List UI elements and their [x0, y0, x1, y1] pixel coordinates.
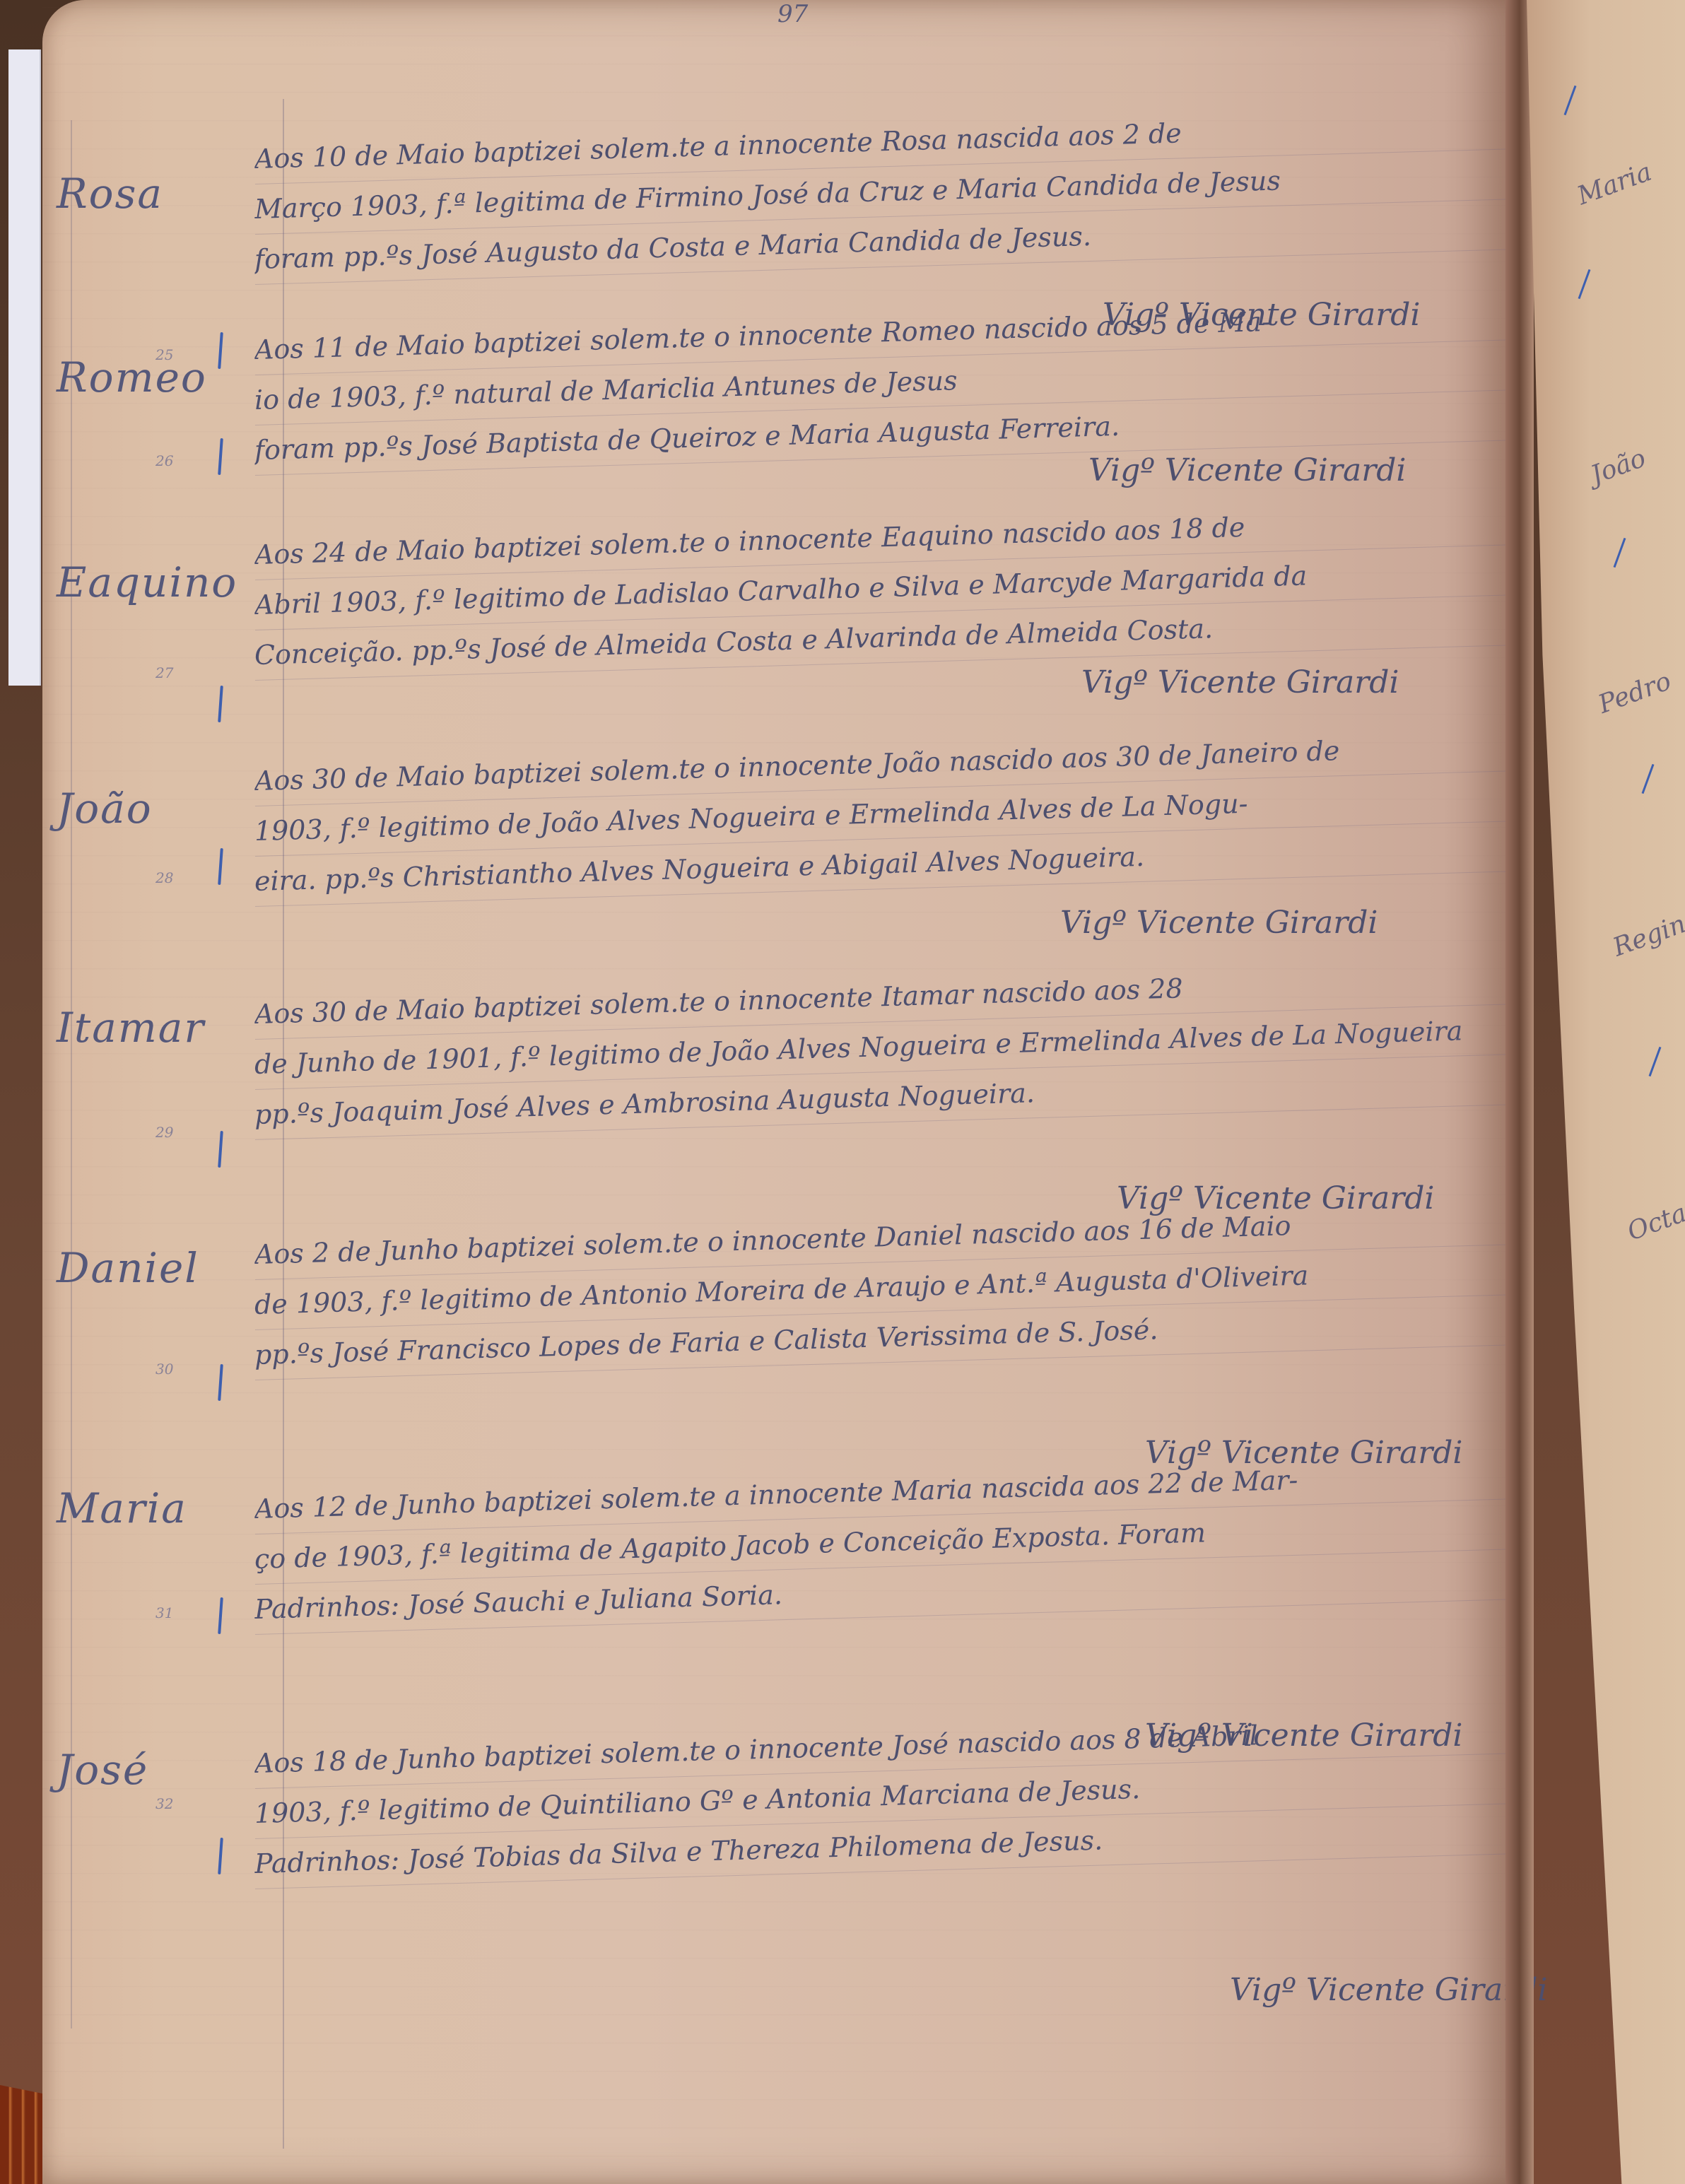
entry-name: Itamar — [57, 1004, 205, 1052]
margin-name: Octavio — [1624, 1185, 1685, 1246]
entry-name: Eaquino — [57, 558, 237, 606]
entry-text: Aos 12 de Junho baptizei solem.te a inno… — [254, 1484, 1513, 1635]
entry-name: Rosa — [57, 170, 163, 218]
check-mark-icon — [218, 1597, 223, 1634]
check-mark-icon — [218, 438, 223, 475]
vicar-signature: Vigº Vicente Girardi — [1088, 452, 1406, 488]
entry-text: Aos 2 de Junho baptizei solem.te o innoc… — [254, 1230, 1513, 1380]
paper-strip — [8, 49, 41, 686]
page-number: 97 — [777, 0, 808, 28]
margin-name: Pedro — [1595, 667, 1674, 720]
margin-name: Maria — [1573, 158, 1655, 211]
entry-number: 29 — [155, 1124, 173, 1141]
vicar-signature: Vigº Vicente Girardi — [1230, 1972, 1547, 2008]
entry-name: Maria — [57, 1484, 187, 1532]
check-mark-icon — [1649, 1047, 1662, 1076]
margin-name: Regina — [1609, 904, 1685, 962]
register-page: 97 Rosa 25 Aos 10 de Maio baptizei solem… — [42, 0, 1520, 2184]
check-mark-icon — [1564, 86, 1577, 115]
check-mark-icon — [1578, 269, 1591, 299]
check-mark-icon — [218, 686, 223, 722]
entry-number: 27 — [155, 664, 173, 681]
entry-number: 31 — [155, 1604, 173, 1621]
vicar-signature: Vigº Vicente Girardi — [1060, 905, 1378, 941]
entry-text: Aos 18 de Junho baptizei solem.te o inno… — [254, 1739, 1513, 1889]
entry-name: José — [57, 1746, 148, 1794]
entry-number: 30 — [155, 1361, 173, 1378]
check-mark-icon — [218, 1131, 223, 1168]
entry-text: Aos 30 de Maio baptizei solem.te o innoc… — [254, 756, 1513, 907]
check-mark-icon — [1614, 538, 1626, 568]
entry-name: João — [57, 785, 153, 833]
entry-name: Daniel — [57, 1244, 199, 1292]
left-rule — [71, 120, 72, 2029]
entry-name: Romeo — [57, 353, 207, 401]
check-mark-icon — [1642, 764, 1655, 794]
entry-text: Aos 30 de Maio baptizei solem.te o innoc… — [254, 990, 1513, 1140]
entry-number: 28 — [155, 869, 173, 886]
margin-name: João — [1587, 444, 1649, 491]
entry-number: 26 — [155, 452, 173, 469]
check-mark-icon — [218, 1364, 223, 1401]
check-mark-icon — [218, 1838, 223, 1874]
entry-text: Aos 10 de Maio baptizei solem.te a innoc… — [254, 134, 1513, 285]
entry-text: Aos 24 de Maio baptizei solem.te o innoc… — [254, 530, 1513, 681]
check-mark-icon — [218, 332, 223, 369]
vicar-signature: Vigº Vicente Girardi — [1081, 664, 1399, 700]
book-gutter — [1505, 0, 1534, 2184]
check-mark-icon — [218, 848, 223, 885]
entry-number: 32 — [155, 1795, 173, 1812]
